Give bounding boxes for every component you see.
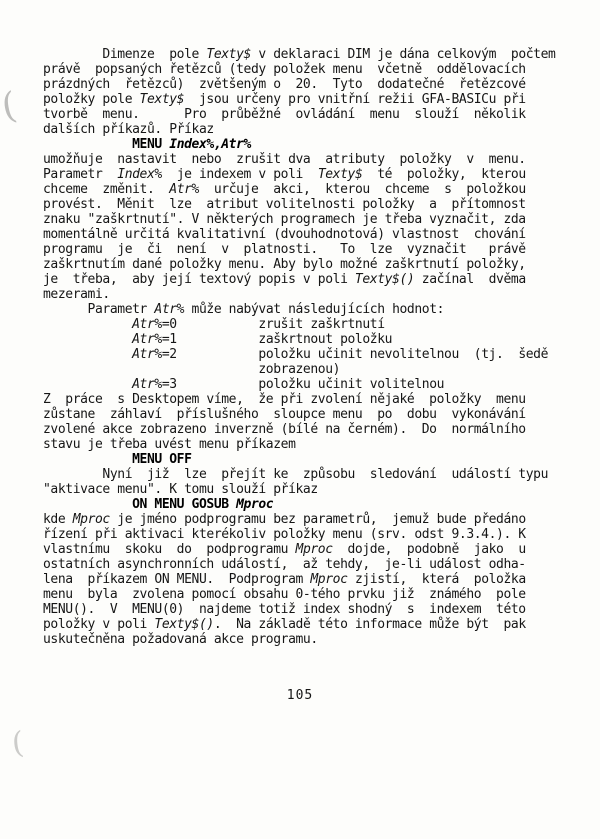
scanned-book-page: ( ( Dimenze pole Texty$ v deklaraci DIM … <box>0 0 600 839</box>
paragraph-dimenze: Dimenze pole Texty$ v deklaraci DIM je d… <box>43 47 588 137</box>
paragraph-umoznuje: umožňuje nastavit nebo zrušit dva atribu… <box>43 152 588 317</box>
paragraph-mproc: kde Mproc je jméno podprogramu bez param… <box>43 512 588 647</box>
command-heading-on-menu-gosub: ON MENU GOSUB Mproc <box>43 497 588 512</box>
command-heading-menu-index-atr: MENU Index%,Atr% <box>43 137 588 152</box>
pen-mark-bottom-left: ( <box>10 725 25 761</box>
pen-mark-top-left: ( <box>0 85 19 128</box>
page-body: Dimenze pole Texty$ v deklaraci DIM je d… <box>43 47 588 703</box>
atr-values-table: Atr%=0 zrušit zaškrtnutí Atr%=1 zaškrtno… <box>43 317 588 392</box>
command-heading-menu-off: MENU OFF <box>43 452 588 467</box>
paragraph-desktop: Z práce s Desktopem víme, že při zvolení… <box>43 392 588 452</box>
page-number: 105 <box>43 688 557 703</box>
paragraph-nyni: Nyní již lze přejít ke způsobu sledování… <box>43 467 588 497</box>
